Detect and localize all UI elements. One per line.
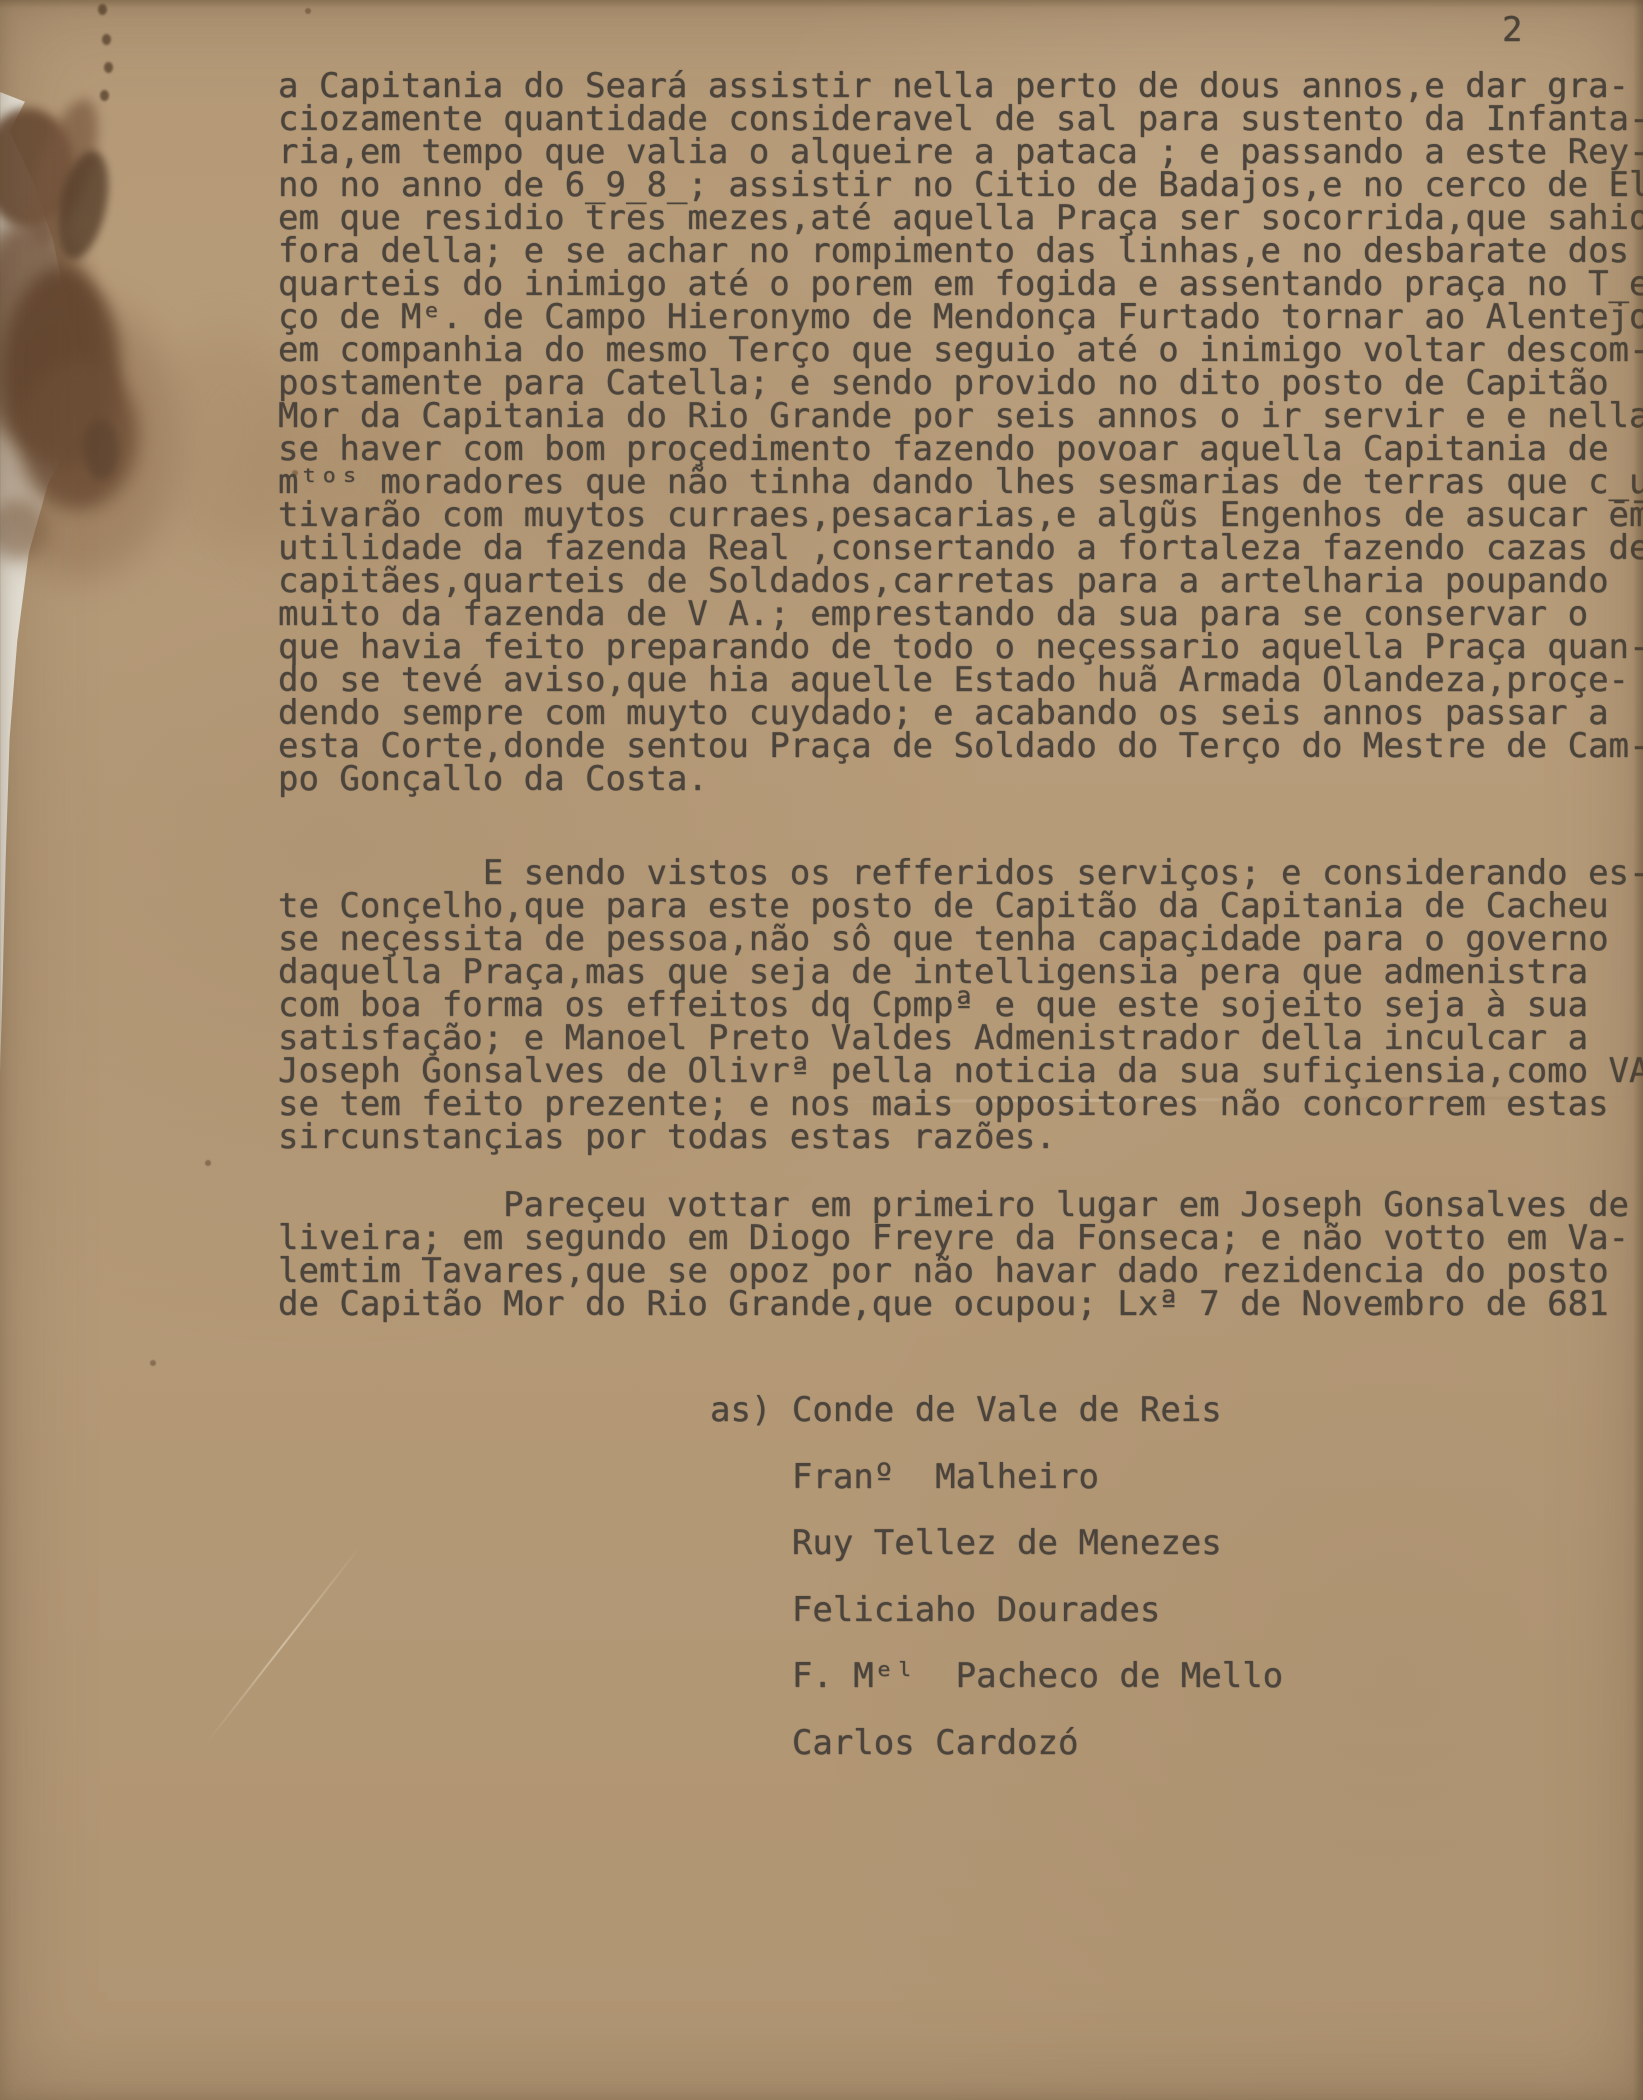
page-edge-shadow	[1633, 0, 1643, 2100]
page-vignette	[0, 0, 1643, 2100]
page-edge-shadow	[0, 0, 1643, 8]
scanned-document-page: { "page": { "number": "2", "paper_color"…	[0, 0, 1643, 2100]
